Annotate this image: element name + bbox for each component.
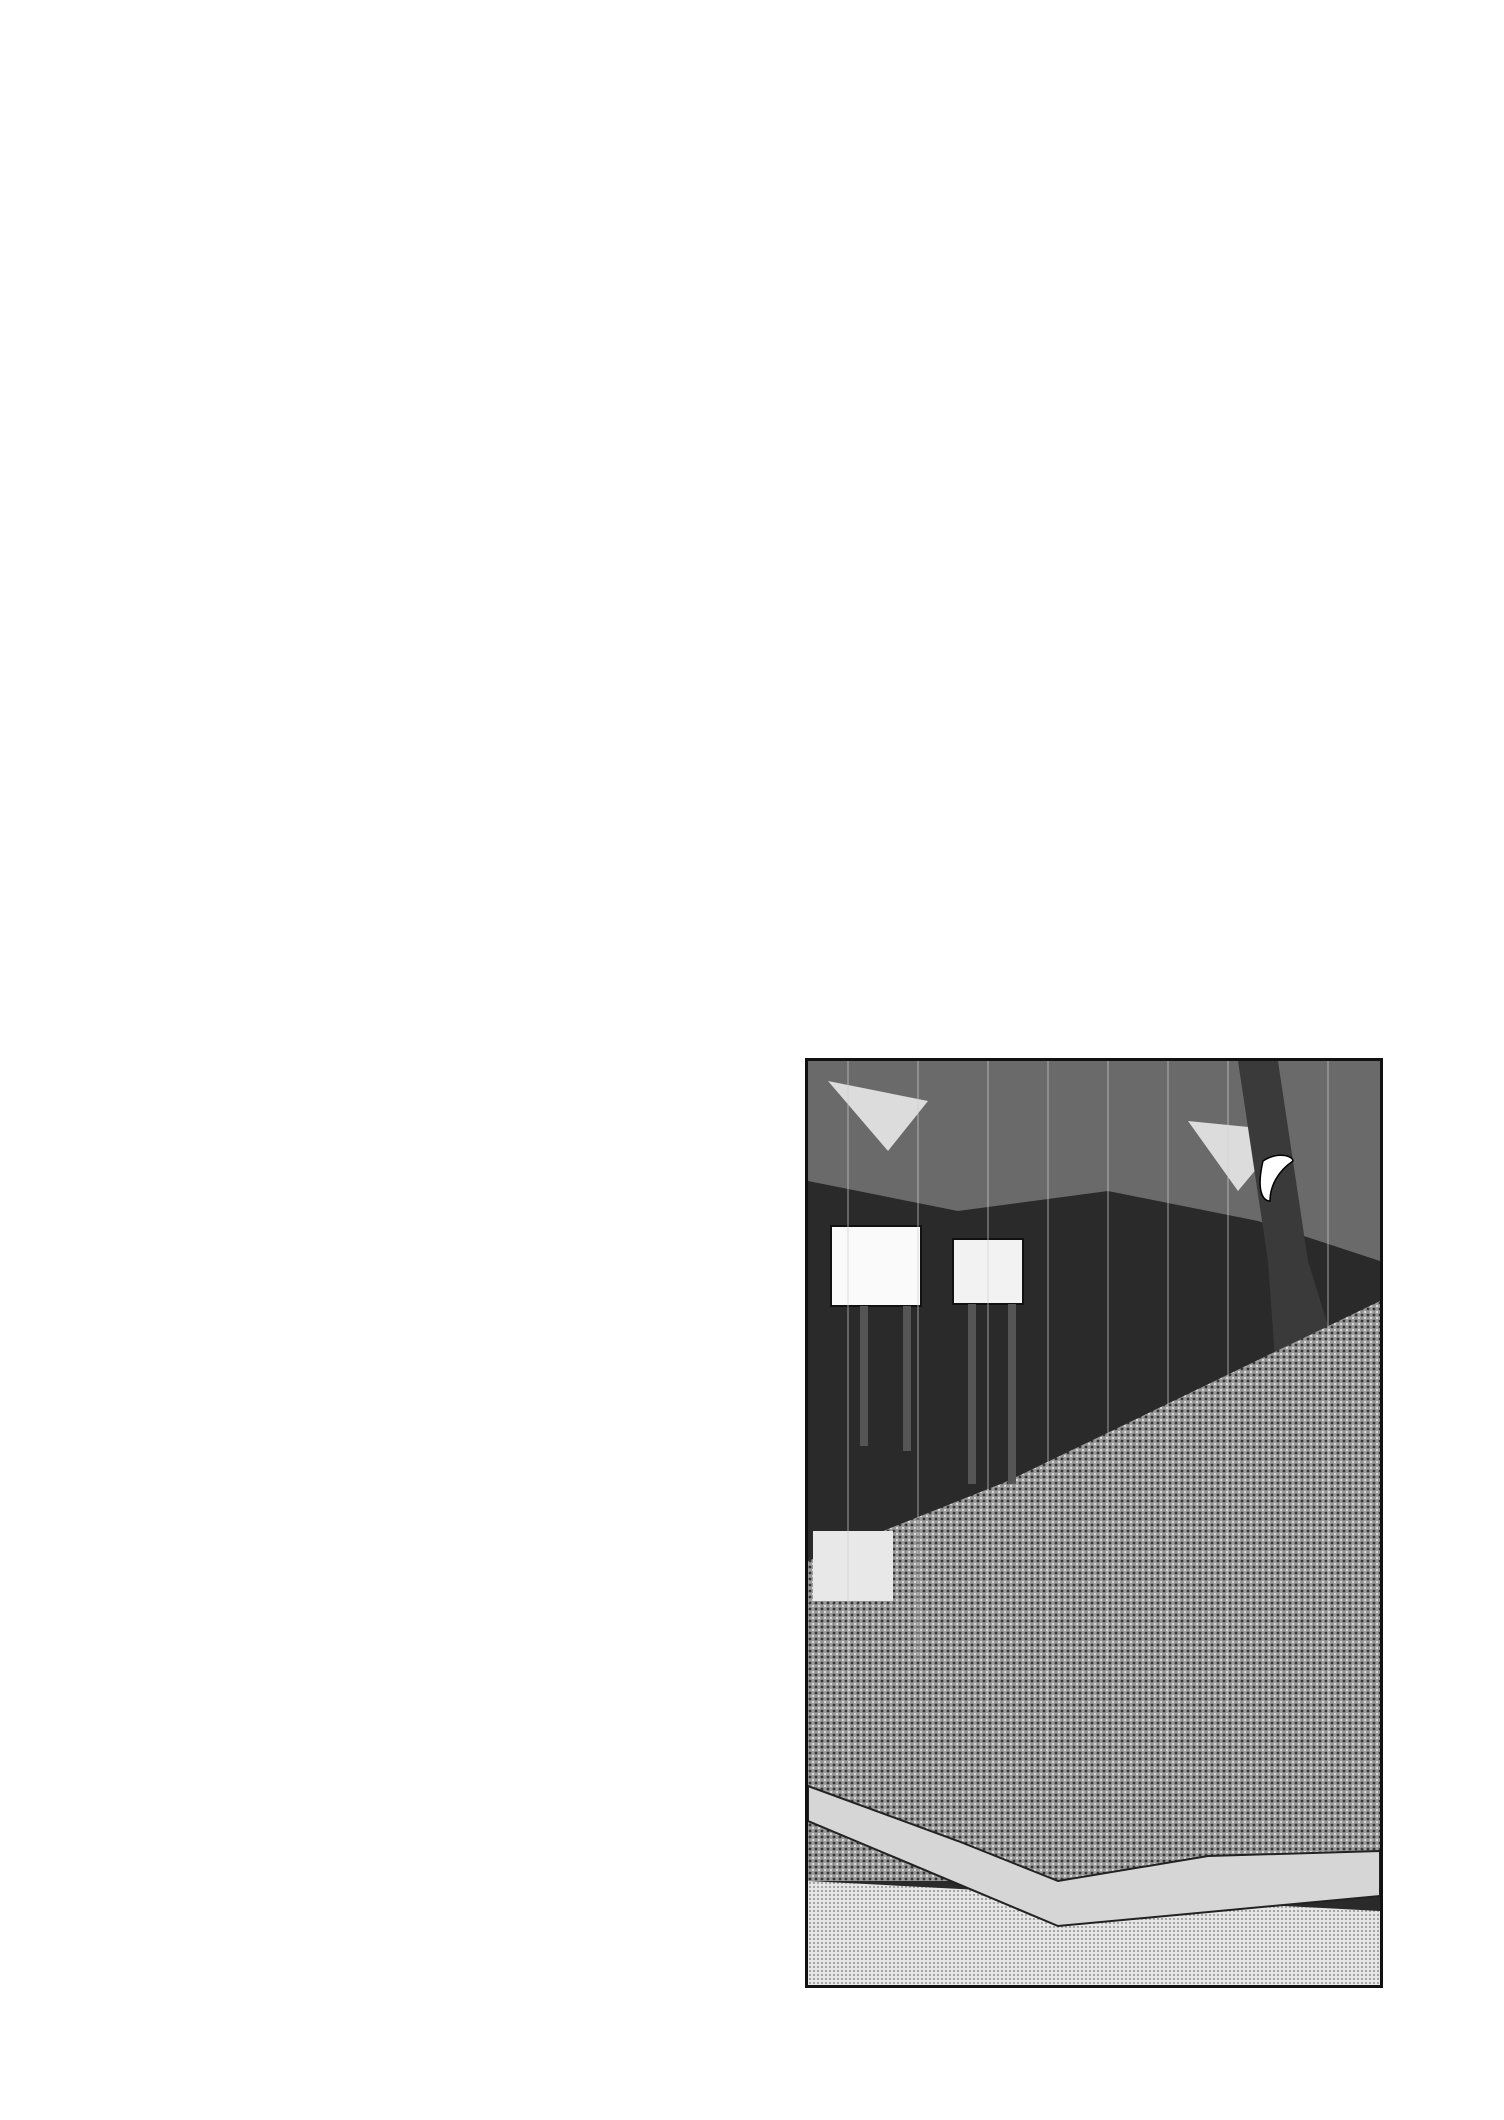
notice-sign-left	[831, 1226, 921, 1306]
park-scene-illustration	[808, 1061, 1380, 1985]
stone-monument	[813, 1531, 893, 1601]
manga-panel	[805, 1058, 1383, 1988]
